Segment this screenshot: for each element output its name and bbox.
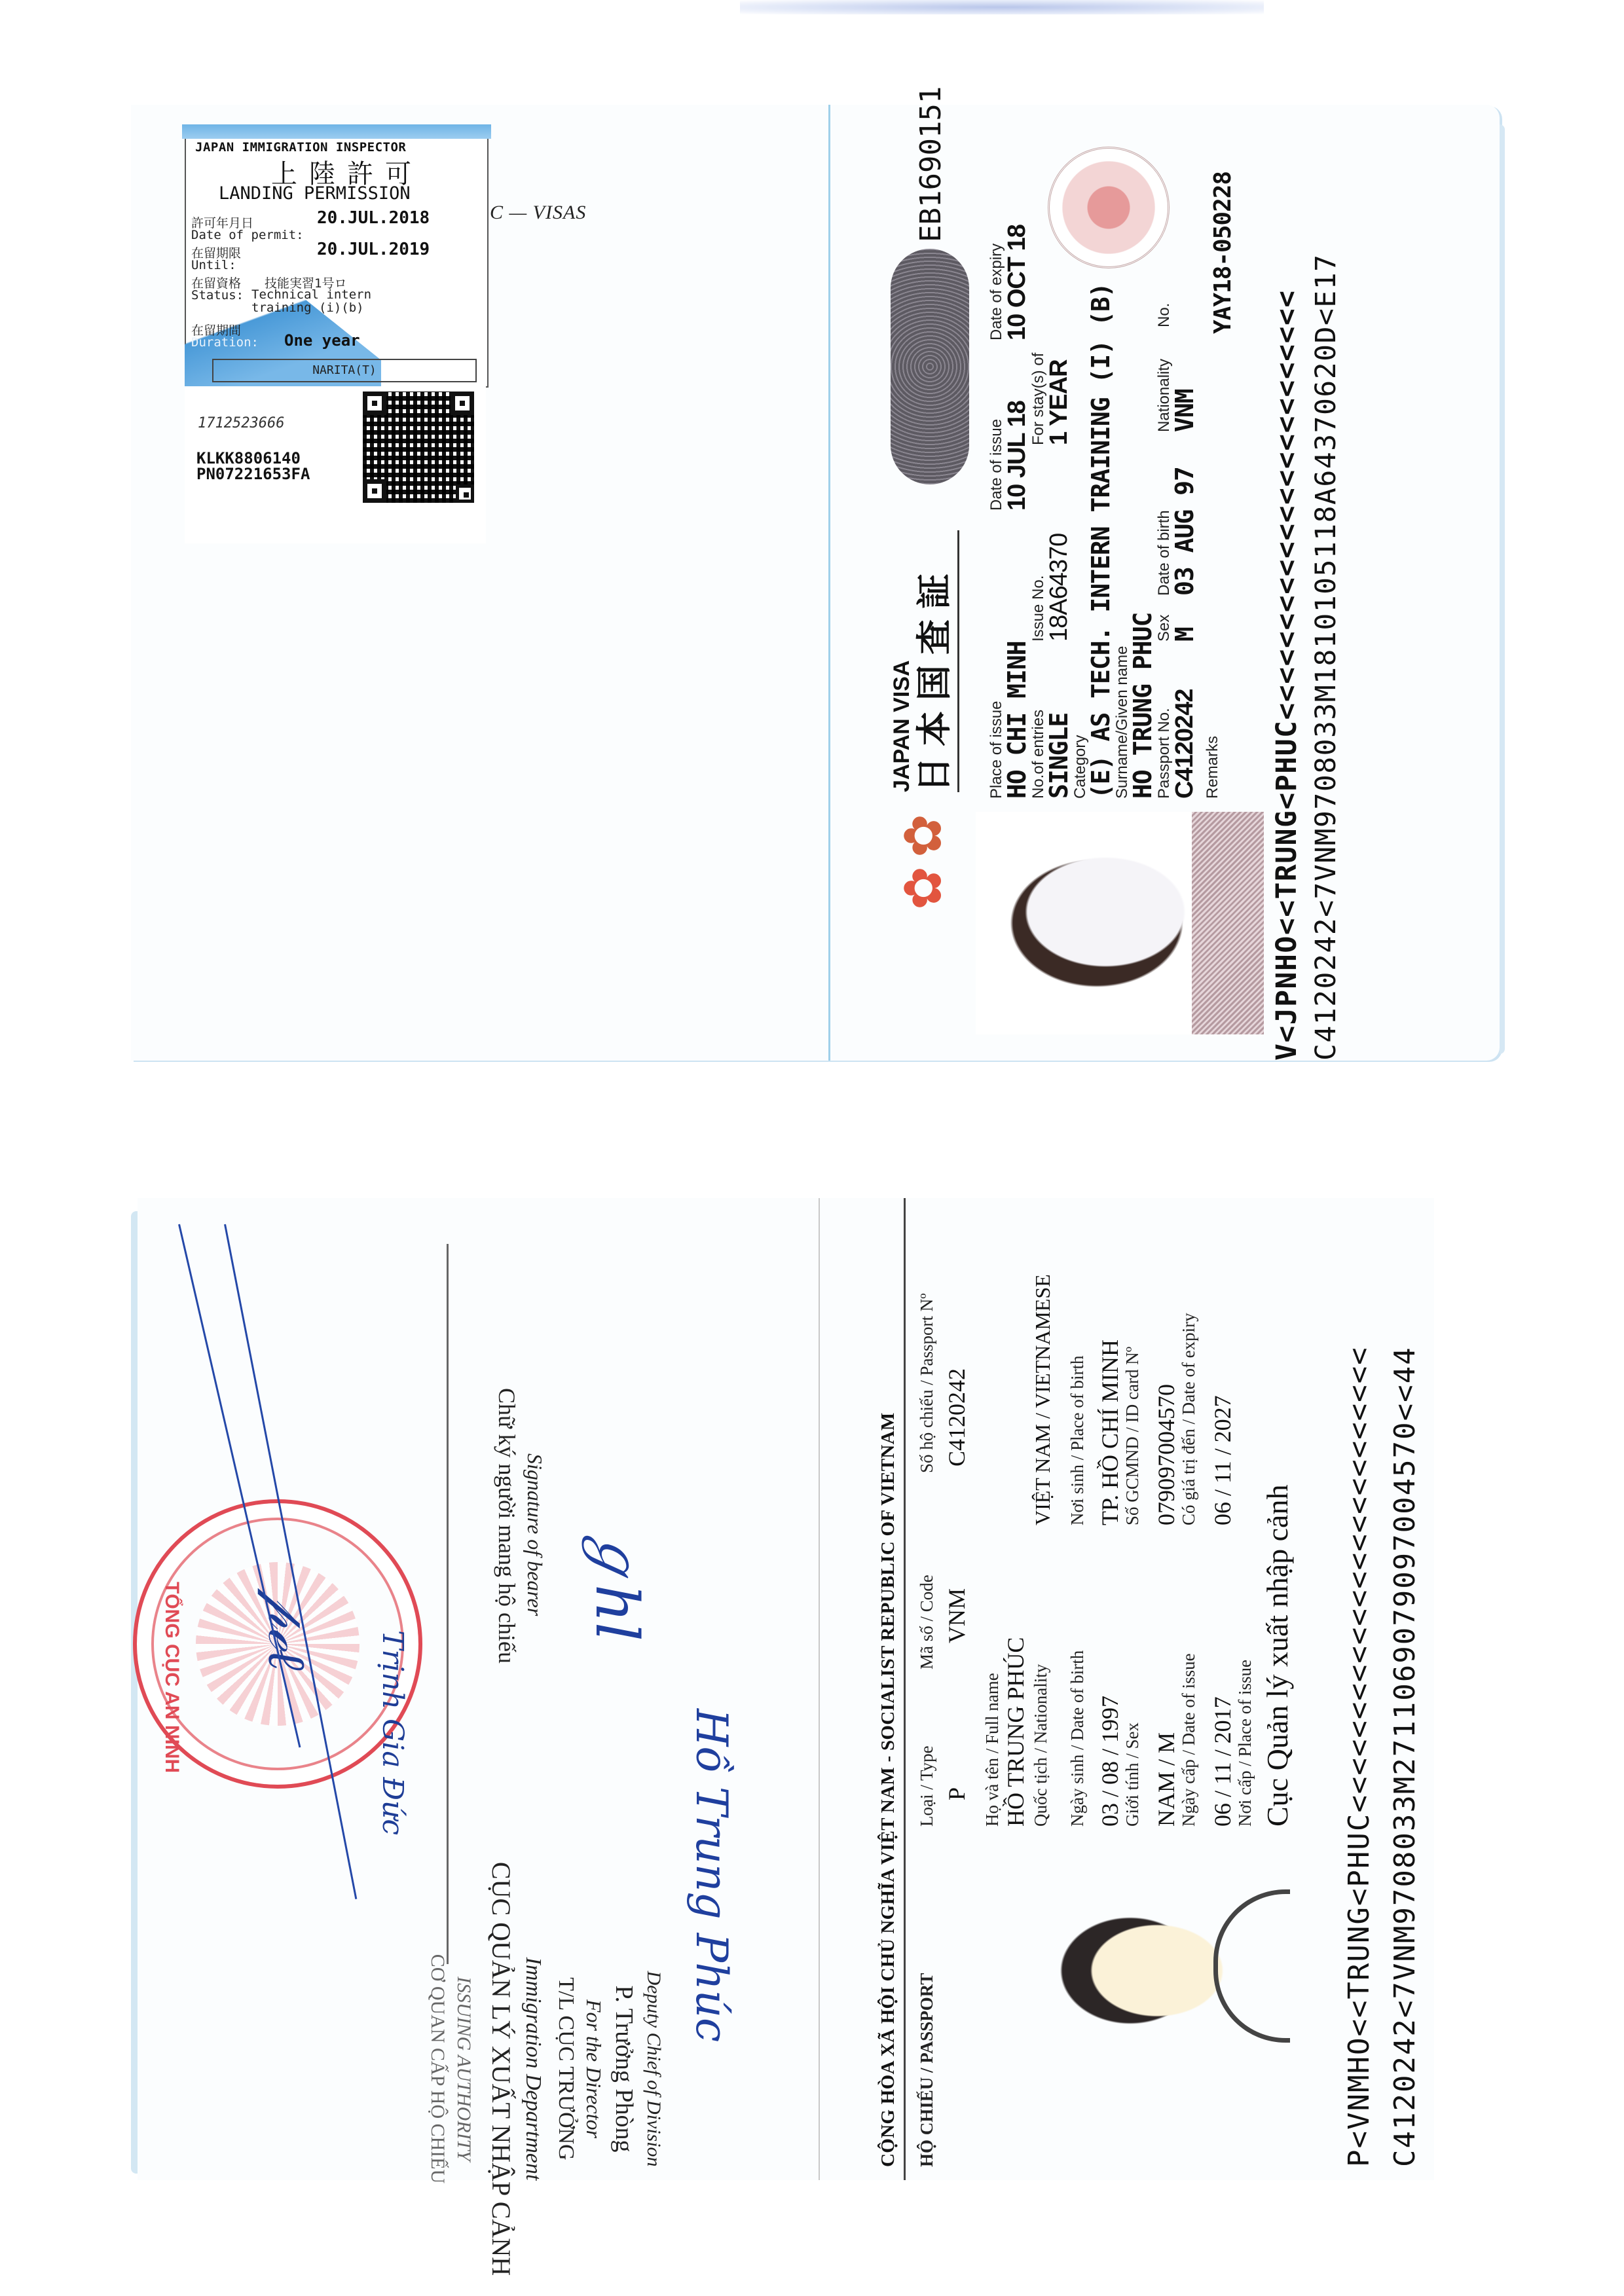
nationality: VIỆT NAM / VIETNAMESE	[1031, 1274, 1055, 1525]
page-edge	[1500, 124, 1505, 1054]
passport-no: C4120242	[1172, 689, 1197, 799]
for-director-vi: T/L CỤC TRƯỞNG	[553, 1840, 578, 2296]
signature-label-en: Signature of bearer	[523, 1453, 547, 1616]
landing-permission-sticker: JAPAN IMMIGRATION INSPECTOR 上陸許可 LANDING…	[185, 130, 489, 388]
japan-visa-sticker: ✿ ✿ JAPAN VISA 日本国査証 EB1690151 Place of …	[877, 118, 1349, 1074]
page-edge	[131, 1211, 138, 2174]
holder-name: HO TRUNG PHUC	[1130, 613, 1155, 799]
reference-number: 1712523666	[198, 415, 284, 431]
dob: 03 / 08 / 1997	[1096, 1696, 1124, 1827]
control-no: YAY18-050228	[1211, 172, 1235, 334]
page-fold	[828, 105, 830, 1061]
header-rule	[904, 1198, 906, 2180]
sakura-icon: ✿	[897, 814, 950, 858]
passport-mrz-line-2: C4120242<7VNM9708033M2711069079097004570…	[1388, 1346, 1422, 2167]
place-of-issue: Cục Quản lý xuất nhập cảnh	[1260, 1485, 1295, 1827]
remarks-label: Remarks	[1205, 736, 1221, 799]
landing-permission-barcode-sticker: 1712523666 KLKK8806140 PN07221653FA	[185, 386, 486, 543]
visa-title-en: JAPAN VISA	[891, 660, 913, 792]
category: (E) AS TECH. INTERN TRAINING (I) (B)	[1088, 283, 1113, 799]
page-fold	[819, 1198, 820, 2180]
holder-signature: ℊhl	[580, 1525, 665, 1641]
sticker-header: JAPAN IMMIGRATION INSPECTOR	[195, 140, 406, 155]
pob: TP. HỒ CHÍ MINH	[1096, 1339, 1124, 1525]
visa-mrz-line-1: V<JPNHO<<TRUNG<PHUC<<<<<<<<<<<<<<<<<<<<<…	[1270, 289, 1303, 1061]
code-2: PN07221653FA	[196, 466, 310, 482]
visa-mrz-line-2: C4120242<7VNM9708033M1810105118A64370620…	[1310, 254, 1342, 1061]
date-of-expiry-label: Date of expiry	[989, 244, 1005, 340]
nationality-label: Quốc tịch / Nationality	[1031, 1664, 1051, 1827]
hologram-patch	[891, 249, 969, 484]
pob-label: Nơi sinh / Place of birth	[1067, 1356, 1088, 1526]
issuing-authority-en: ISSUING AUTHORITY	[452, 1840, 475, 2296]
issue-date-label: Ngày cấp / Date of issue	[1179, 1653, 1199, 1827]
date-of-issue: 10 JUL 18	[1005, 401, 1029, 511]
place-of-issue-label: Nơi cấp / Place of issue	[1235, 1660, 1255, 1827]
sex: NAM / M	[1153, 1732, 1180, 1827]
sex-label: Giới tính / Sex	[1122, 1722, 1143, 1827]
qr-code-icon	[363, 392, 474, 503]
holder-signature-name: Hồ Trung Phúc	[686, 1709, 737, 2042]
nationality: VNM	[1172, 389, 1197, 432]
permit-date: 20.JUL.2018	[317, 208, 430, 228]
until-date: 20.JUL.2019	[317, 240, 430, 259]
full-name: HỒ TRUNG PHÚC	[1002, 1637, 1029, 1827]
passport-no: C4120242	[943, 1368, 970, 1467]
passport-photo	[1028, 1872, 1297, 2069]
department-en: Immigration Department	[521, 1840, 545, 2296]
visa-number: EB1690151	[917, 86, 946, 242]
code-label: Mã số / Code	[917, 1575, 937, 1669]
signature-label-vi: Chữ ký người mang hộ chiếu	[493, 1388, 521, 1664]
visa-title-jp: 日本国査証	[917, 530, 959, 792]
issuing-authority-block: Deputy Chief of Division P. Trưởng Phòng…	[272, 1840, 665, 2296]
passport-no-label: Passport No.	[1156, 708, 1172, 799]
document-label: HỘ CHIẾU / PASSPORT	[917, 1973, 937, 2167]
type: P	[943, 1787, 970, 1800]
no-label: No.	[1156, 303, 1172, 327]
port-of-entry: NARITA(T)	[212, 359, 477, 382]
id-label: Số GCMND / ID card Nº	[1122, 1347, 1143, 1525]
date-of-issue-label: Date of issue	[989, 419, 1005, 511]
sticker-title-en: LANDING PERMISSION	[219, 183, 411, 204]
issue-date: 06 / 11 / 2017	[1209, 1696, 1236, 1827]
issue-no: 18A64370	[1046, 534, 1071, 642]
full-name-label: Họ và tên / Full name	[982, 1673, 1003, 1827]
expiry-date: 06 / 11 / 2027	[1209, 1395, 1236, 1525]
date-of-expiry: 10 OCT 18	[1005, 225, 1029, 340]
permit-date-label-en: Date of permit:	[191, 228, 304, 242]
passport-data-page: CỘNG HÒA XÃ HỘI CHỦ NGHĨA VIỆT NAM - SOC…	[871, 1198, 1441, 2180]
signer-title-en: Deputy Chief of Division	[642, 1840, 665, 2296]
passport-no-label: Số hộ chiếu / Passport Nº	[917, 1293, 937, 1473]
scan-artifact	[740, 0, 1264, 14]
until-label-en: Until:	[191, 258, 236, 272]
dob: 03 AUG 97	[1172, 467, 1197, 596]
id-number: 079097004570	[1153, 1384, 1180, 1525]
code: VNM	[943, 1588, 970, 1643]
stay: 1 YEAR	[1046, 359, 1071, 445]
country-header: CỘNG HÒA XÃ HỘI CHỦ NGHĨA VIỆT NAM - SOC…	[877, 1412, 899, 2167]
duration-label-en: Duration:	[191, 335, 259, 350]
expiry-label: Có giá trị đến / Date of expiry	[1179, 1313, 1199, 1525]
page-heading: C — VISAS	[490, 202, 586, 224]
status-en: Technical intern training (i)(b)	[251, 288, 389, 314]
dob-label: Ngày sinh / Date of birth	[1067, 1650, 1088, 1827]
type-label: Loại / Type	[917, 1745, 937, 1827]
sakura-icon: ✿	[897, 866, 950, 910]
code-1: KLKK8806140	[196, 450, 301, 466]
duration: One year	[284, 331, 360, 350]
passport-mrz-line-1: P<VNMHO<<TRUNG<PHUC<<<<<<<<<<<<<<<<<<<<<…	[1342, 1346, 1376, 2167]
issuing-authority-vi: CƠ QUAN CẤP HỘ CHIẾU	[426, 1840, 449, 2296]
sex: M	[1172, 627, 1197, 642]
stay-label: For stay(s) of	[1031, 353, 1046, 445]
embassy-seal	[1048, 147, 1170, 268]
signer-name: Trịnh Gia Đức	[376, 1630, 409, 1835]
sticker-band	[182, 124, 491, 139]
status-label-en: Status:	[191, 288, 244, 302]
entries: SINGLE	[1046, 713, 1071, 799]
issue-no-label: Issue No.	[1031, 575, 1046, 642]
department-vi: CỤC QUẢN LÝ XUẤT NHẬP CẢNH	[486, 1840, 517, 2296]
visa-photo	[976, 812, 1264, 1034]
for-director-en: For the Director	[581, 1840, 606, 2296]
signer-title-vi: P. Trưởng Phòng	[610, 1840, 638, 2296]
place-of-issue: HO CHI MINH	[1005, 641, 1029, 799]
